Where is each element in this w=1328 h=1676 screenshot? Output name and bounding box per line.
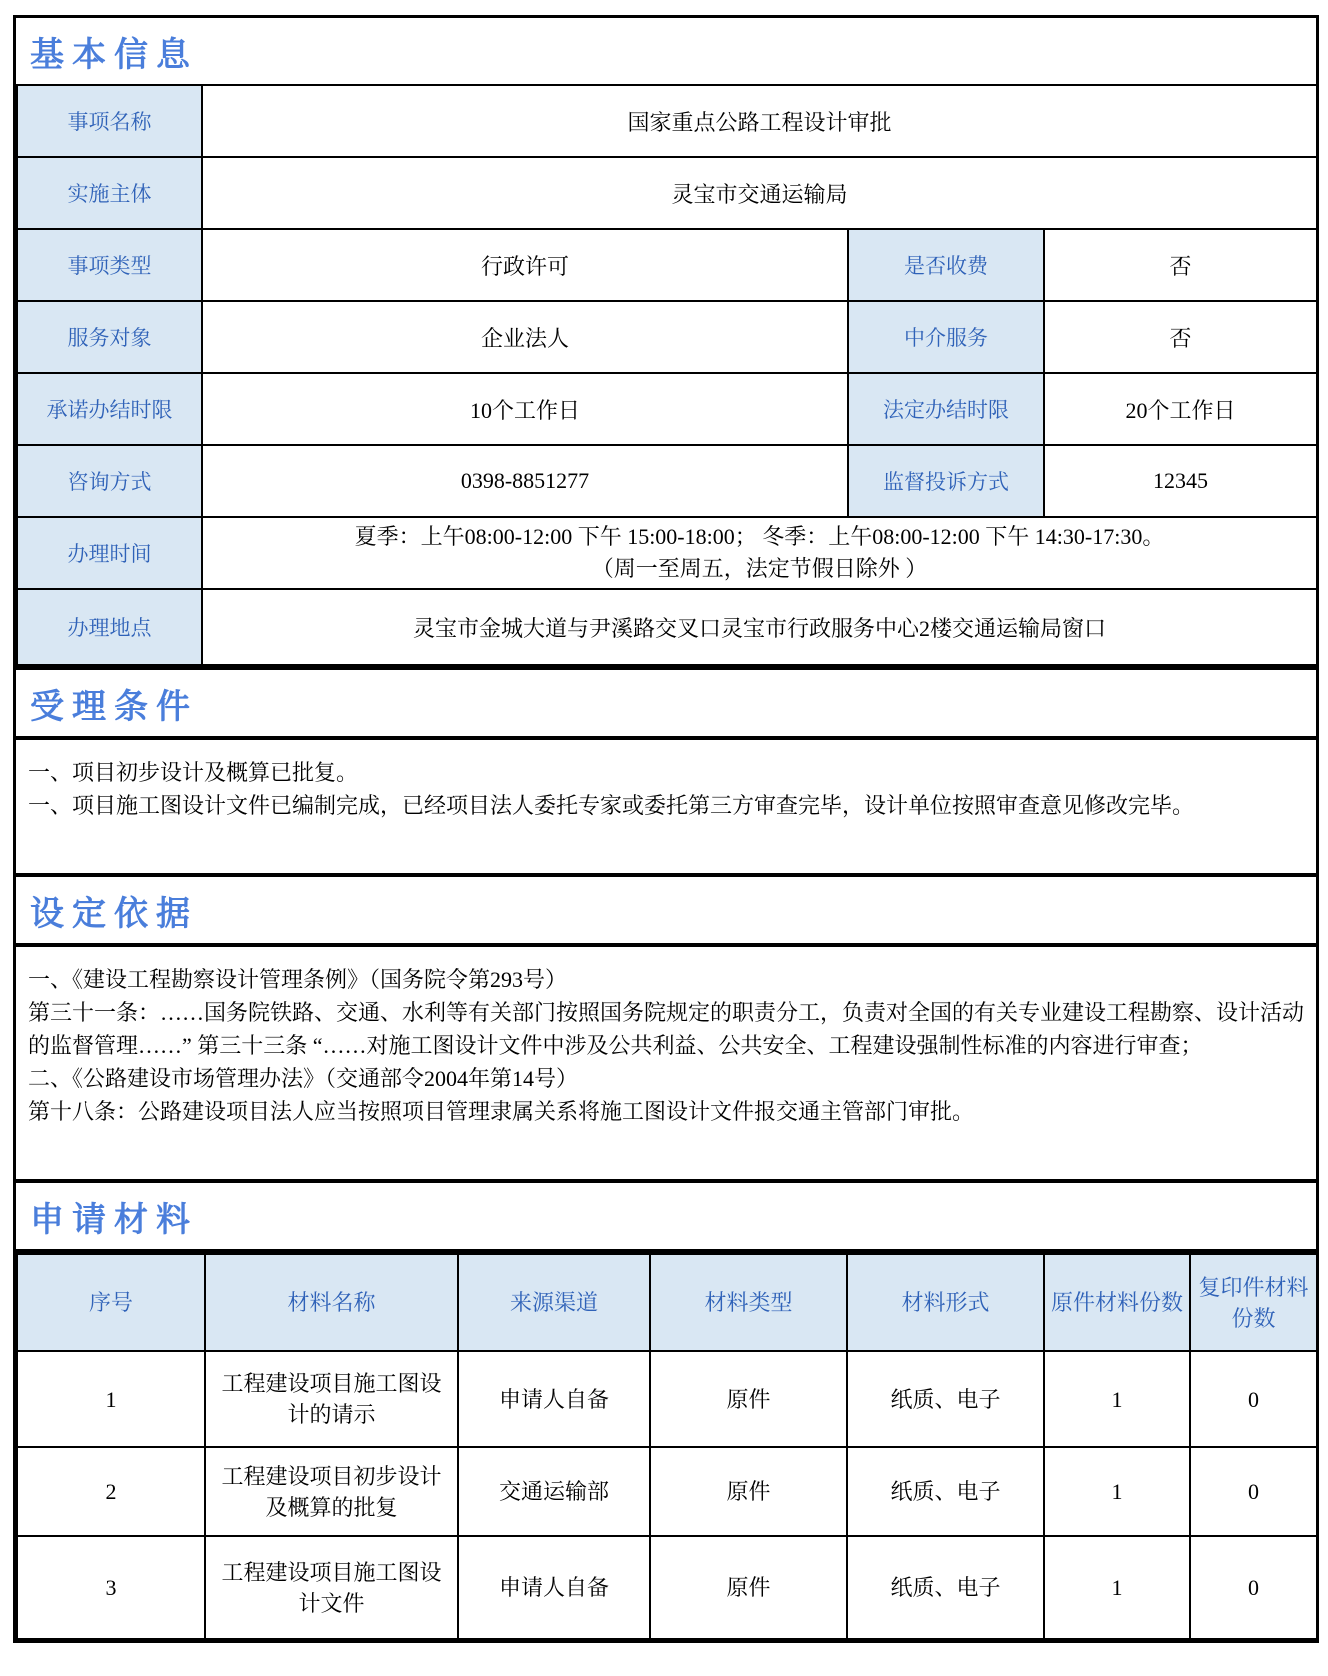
promised-limit-value: 10个工作日 <box>202 373 848 445</box>
cell-material-name: 工程建设项目施工图设计的请示 <box>205 1351 458 1447</box>
cell-source-channel: 申请人自备 <box>458 1351 650 1447</box>
hours-label: 办理时间 <box>17 517 202 589</box>
acceptance-line: 一、项目施工图设计文件已编制完成，已经项目法人委托专家或委托第三方审查完毕，设计… <box>28 789 1306 822</box>
intermediary-label: 中介服务 <box>848 301 1044 373</box>
header-material-name: 材料名称 <box>205 1254 458 1351</box>
legal-basis-line: 第十八条：公路建设项目法人应当按照项目管理隶属关系将施工图设计文件报交通主管部门… <box>28 1095 1306 1128</box>
acceptance-section-body: 一、项目初步设计及概算已批复。 一、项目施工图设计文件已编制完成，已经项目法人委… <box>16 740 1316 873</box>
service-target-value: 企业法人 <box>202 301 848 373</box>
basic-info-table: 事项名称 国家重点公路工程设计审批 实施主体 灵宝市交通运输局 事项类型 行政许… <box>16 84 1318 666</box>
materials-row: 3 工程建设项目施工图设计文件 申请人自备 原件 纸质、电子 1 0 <box>17 1536 1317 1639</box>
header-seq: 序号 <box>17 1254 205 1351</box>
table-row: 实施主体 灵宝市交通运输局 <box>17 157 1317 229</box>
legal-basis-section-body: 一、《建设工程勘察设计管理条例》（国务院令第293号） 第三十一条：……国务院铁… <box>16 947 1316 1179</box>
cell-material-form: 纸质、电子 <box>847 1447 1044 1536</box>
materials-table: 序号 材料名称 来源渠道 材料类型 材料形式 原件材料份数 复印件材料份数 1 … <box>16 1253 1318 1640</box>
table-row: 咨询方式 0398-8851277 监督投诉方式 12345 <box>17 445 1317 517</box>
legal-limit-label: 法定办结时限 <box>848 373 1044 445</box>
cell-source-channel: 申请人自备 <box>458 1536 650 1639</box>
header-material-type: 材料类型 <box>650 1254 847 1351</box>
promised-limit-label: 承诺办结时限 <box>17 373 202 445</box>
consult-label: 咨询方式 <box>17 445 202 517</box>
service-info-document: 基本信息 事项名称 国家重点公路工程设计审批 实施主体 灵宝市交通运输局 事项类… <box>13 15 1319 1643</box>
item-name-value: 国家重点公路工程设计审批 <box>202 85 1317 157</box>
cell-photocopy-copies: 0 <box>1190 1447 1317 1536</box>
complaint-value: 12345 <box>1044 445 1317 517</box>
table-row: 办理地点 灵宝市金城大道与尹溪路交叉口灵宝市行政服务中心2楼交通运输局窗口 <box>17 589 1317 665</box>
cell-material-name: 工程建设项目施工图设计文件 <box>205 1536 458 1639</box>
item-type-label: 事项类型 <box>17 229 202 301</box>
cell-original-copies: 1 <box>1044 1351 1190 1447</box>
complaint-label: 监督投诉方式 <box>848 445 1044 517</box>
table-row: 承诺办结时限 10个工作日 法定办结时限 20个工作日 <box>17 373 1317 445</box>
legal-basis-section-title: 设定依据 <box>16 873 1316 947</box>
acceptance-section-title: 受理条件 <box>16 666 1316 740</box>
item-type-value: 行政许可 <box>202 229 848 301</box>
cell-source-channel: 交通运输部 <box>458 1447 650 1536</box>
location-label: 办理地点 <box>17 589 202 665</box>
cell-original-copies: 1 <box>1044 1447 1190 1536</box>
cell-photocopy-copies: 0 <box>1190 1351 1317 1447</box>
cell-original-copies: 1 <box>1044 1536 1190 1639</box>
consult-value: 0398-8851277 <box>202 445 848 517</box>
cell-material-name: 工程建设项目初步设计及概算的批复 <box>205 1447 458 1536</box>
item-name-label: 事项名称 <box>17 85 202 157</box>
header-source-channel: 来源渠道 <box>458 1254 650 1351</box>
legal-basis-line: 第三十一条：……国务院铁路、交通、水利等有关部门按照国务院规定的职责分工，负责对… <box>28 996 1306 1062</box>
intermediary-value: 否 <box>1044 301 1317 373</box>
location-value: 灵宝市金城大道与尹溪路交叉口灵宝市行政服务中心2楼交通运输局窗口 <box>202 589 1317 665</box>
hours-value-line2: （周一至周五，法定节假日除外 ） <box>209 553 1310 585</box>
header-photocopy-copies: 复印件材料份数 <box>1190 1254 1317 1351</box>
materials-row: 2 工程建设项目初步设计及概算的批复 交通运输部 原件 纸质、电子 1 0 <box>17 1447 1317 1536</box>
cell-seq: 1 <box>17 1351 205 1447</box>
implementer-value: 灵宝市交通运输局 <box>202 157 1317 229</box>
hours-value-line1: 夏季：上午08:00-12:00 下午 15:00-18:00； 冬季：上午08… <box>209 521 1310 553</box>
implementer-label: 实施主体 <box>17 157 202 229</box>
header-original-copies: 原件材料份数 <box>1044 1254 1190 1351</box>
header-material-form: 材料形式 <box>847 1254 1044 1351</box>
cell-seq: 3 <box>17 1536 205 1639</box>
legal-basis-line: 一、《建设工程勘察设计管理条例》（国务院令第293号） <box>28 963 1306 996</box>
table-row: 办理时间 夏季：上午08:00-12:00 下午 15:00-18:00； 冬季… <box>17 517 1317 589</box>
table-row: 事项名称 国家重点公路工程设计审批 <box>17 85 1317 157</box>
table-row: 事项类型 行政许可 是否收费 否 <box>17 229 1317 301</box>
legal-basis-line: 二、《公路建设市场管理办法》（交通部令2004年第14号） <box>28 1062 1306 1095</box>
charge-value: 否 <box>1044 229 1317 301</box>
cell-material-type: 原件 <box>650 1351 847 1447</box>
table-row: 服务对象 企业法人 中介服务 否 <box>17 301 1317 373</box>
hours-value: 夏季：上午08:00-12:00 下午 15:00-18:00； 冬季：上午08… <box>202 517 1317 589</box>
basic-info-section-title: 基本信息 <box>16 18 1316 84</box>
cell-material-form: 纸质、电子 <box>847 1536 1044 1639</box>
cell-material-form: 纸质、电子 <box>847 1351 1044 1447</box>
cell-seq: 2 <box>17 1447 205 1536</box>
cell-material-type: 原件 <box>650 1536 847 1639</box>
materials-row: 1 工程建设项目施工图设计的请示 申请人自备 原件 纸质、电子 1 0 <box>17 1351 1317 1447</box>
charge-label: 是否收费 <box>848 229 1044 301</box>
materials-header-row: 序号 材料名称 来源渠道 材料类型 材料形式 原件材料份数 复印件材料份数 <box>17 1254 1317 1351</box>
service-target-label: 服务对象 <box>17 301 202 373</box>
cell-material-type: 原件 <box>650 1447 847 1536</box>
materials-section-title: 申请材料 <box>16 1179 1316 1253</box>
legal-limit-value: 20个工作日 <box>1044 373 1317 445</box>
cell-photocopy-copies: 0 <box>1190 1536 1317 1639</box>
acceptance-line: 一、项目初步设计及概算已批复。 <box>28 756 1306 789</box>
page: 基本信息 事项名称 国家重点公路工程设计审批 实施主体 灵宝市交通运输局 事项类… <box>0 0 1328 1676</box>
